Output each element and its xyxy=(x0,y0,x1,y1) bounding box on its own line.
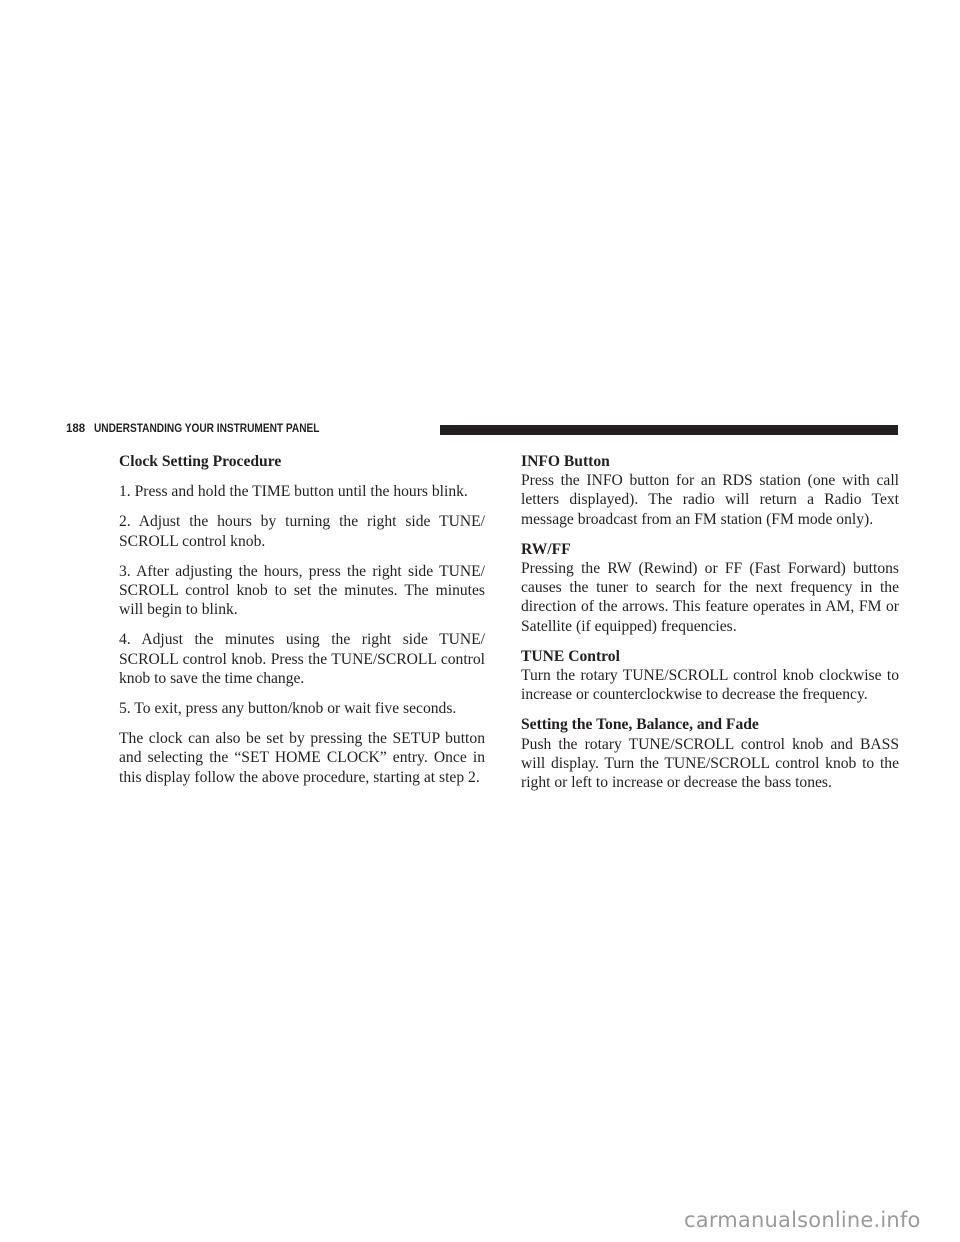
page-number: 188 xyxy=(66,423,85,435)
tone-balance-fade-heading: Setting the Tone, Balance, and Fade xyxy=(521,715,899,734)
step-2: 2. Adjust the hours by turning the right… xyxy=(119,512,485,550)
section-title: UNDERSTANDING YOUR INSTRUMENT PANEL xyxy=(94,423,319,435)
info-button-body: Press the INFO button for an RDS station… xyxy=(521,471,899,529)
clock-note: The clock can also be set by pressing th… xyxy=(119,729,485,787)
tone-balance-fade-body: Push the rotary TUNE/SCROLL control knob… xyxy=(521,735,899,793)
info-button-heading: INFO Button xyxy=(521,452,899,471)
tune-control-heading: TUNE Control xyxy=(521,647,899,666)
watermark-text: carmanualsonline.info xyxy=(684,1208,921,1232)
rw-ff-body: Pressing the RW (Rewind) or FF (Fast For… xyxy=(521,559,899,636)
page-header: 188 UNDERSTANDING YOUR INSTRUMENT PANEL xyxy=(66,421,350,437)
clock-setting-heading: Clock Setting Procedure xyxy=(119,452,485,471)
rw-ff-heading: RW/FF xyxy=(521,540,899,559)
header-rule-bar xyxy=(440,425,898,435)
step-5: 5. To exit, press any button/knob or wai… xyxy=(119,699,485,718)
right-column: INFO Button Press the INFO button for an… xyxy=(521,452,899,792)
left-column: Clock Setting Procedure 1. Press and hol… xyxy=(119,452,485,787)
tune-control-body: Turn the rotary TUNE/SCROLL control knob… xyxy=(521,666,899,704)
step-1: 1. Press and hold the TIME button until … xyxy=(119,482,485,501)
step-4: 4. Adjust the minutes using the right si… xyxy=(119,630,485,688)
step-3: 3. After adjusting the hours, press the … xyxy=(119,562,485,620)
